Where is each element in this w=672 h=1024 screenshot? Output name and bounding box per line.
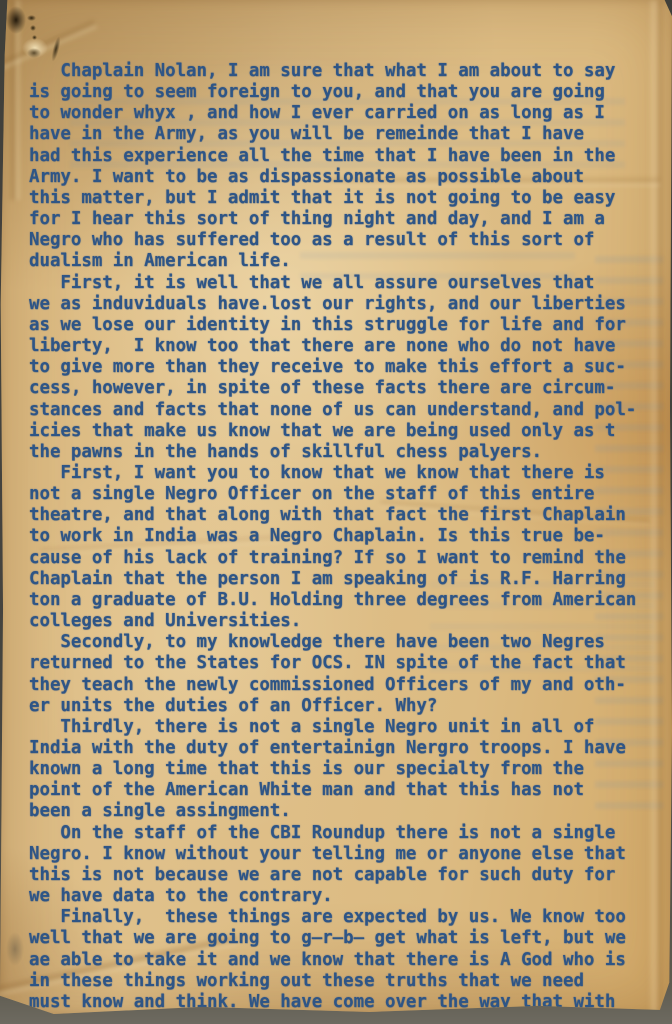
- text-line: this is not because we are not capable f…: [29, 865, 636, 886]
- text-line: Thirdly, there is not a single Negro uni…: [29, 717, 636, 738]
- text-line: for I hear this sort of thing night and …: [29, 209, 636, 230]
- text-line: not a single Negro Officer on the staff …: [29, 484, 636, 505]
- text-line: as we lose our identity in this struggle…: [29, 315, 636, 336]
- text-line: Secondly, to my knowledge there have bee…: [29, 632, 636, 653]
- letter-body: Chaplain Nolan, I am sure that what I am…: [29, 61, 636, 1013]
- text-line: point of the American White man and that…: [29, 780, 636, 801]
- text-line: to give more than they receive to make t…: [29, 357, 636, 378]
- paper-tear: [27, 48, 41, 58]
- text-line: cess, however, in spite of these facts t…: [29, 378, 636, 399]
- text-line: had this experience all the time that I …: [29, 146, 636, 167]
- text-line: ae able to take it and we know that ther…: [29, 950, 636, 971]
- text-line: cause of his lack of training? If so I w…: [29, 548, 636, 569]
- text-line: in these things working out these truths…: [29, 971, 636, 992]
- text-line: well that we are going to g̶r̶b̶ get wha…: [29, 928, 636, 949]
- text-line: er units the duties of an Officer. Why?: [29, 696, 636, 717]
- text-line: Chaplain Nolan, I am sure that what I am…: [29, 61, 636, 82]
- text-line: been a single assingment.: [29, 801, 636, 822]
- text-line: we have data to the contrary.: [29, 886, 636, 907]
- text-line: colleges and Universities.: [29, 611, 636, 632]
- text-line: to work in India was a Negro Chaplain. I…: [29, 526, 636, 547]
- text-line: Negro. I know without your telling me or…: [29, 844, 636, 865]
- text-line: Finally, these things are expected by us…: [29, 907, 636, 928]
- ink-stain: [30, 25, 36, 31]
- ink-stain: [27, 15, 36, 21]
- text-line: stances and facts that none of us can un…: [29, 400, 636, 421]
- text-line: Army. I want to be as dispassionate as p…: [29, 167, 636, 188]
- photo-background: { "colors": { "ink": "#2e5586", "paper":…: [0, 0, 672, 1024]
- text-line: to wonder whyx , and how I ever carried …: [29, 103, 636, 124]
- ink-stain: [32, 35, 37, 40]
- paper-crease: [648, 0, 664, 1015]
- smudge: [6, 932, 24, 966]
- text-line: we as induviduals have.lost our rights, …: [29, 294, 636, 315]
- text-line: First, I want you to know that we know t…: [29, 463, 636, 484]
- text-line: First, it is well that we all assure our…: [29, 273, 636, 294]
- ink-stain: [50, 36, 62, 63]
- paper-crease: [8, 0, 22, 200]
- text-line: liberty, I know too that there are none …: [29, 336, 636, 357]
- text-line: Chaplain that the person I am speaking o…: [29, 569, 636, 590]
- text-line: dualism in American life.: [29, 251, 636, 272]
- text-line: icies that make us know that we are bein…: [29, 421, 636, 442]
- text-line: On the staff of the CBI Roundup there is…: [29, 823, 636, 844]
- ink-stain: [6, 6, 26, 34]
- text-line: returned to the States for OCS. IN spite…: [29, 653, 636, 674]
- text-line: they teach the newly commissioned Office…: [29, 675, 636, 696]
- text-line: India with the duty of entertainign Nerg…: [29, 738, 636, 759]
- text-line: the pawns in the hands of skillful chess…: [29, 442, 636, 463]
- text-line: ton a graduate of B.U. Holding three deg…: [29, 590, 636, 611]
- text-line: this matter, but I admit that it is not …: [29, 188, 636, 209]
- text-line: is going to seem foreign to you, and tha…: [29, 82, 636, 103]
- text-line: Negro who has suffered too as a result o…: [29, 230, 636, 251]
- text-line: must know and think. We have come over t…: [29, 992, 636, 1013]
- letter-paper: Chaplain Nolan, I am sure that what I am…: [0, 0, 672, 1015]
- text-line: have in the Army, as you will be remeind…: [29, 124, 636, 145]
- text-line: theatre, and that along with that fact t…: [29, 505, 636, 526]
- text-line: known a long time that this is our speci…: [29, 759, 636, 780]
- paper-tear: [22, 38, 48, 58]
